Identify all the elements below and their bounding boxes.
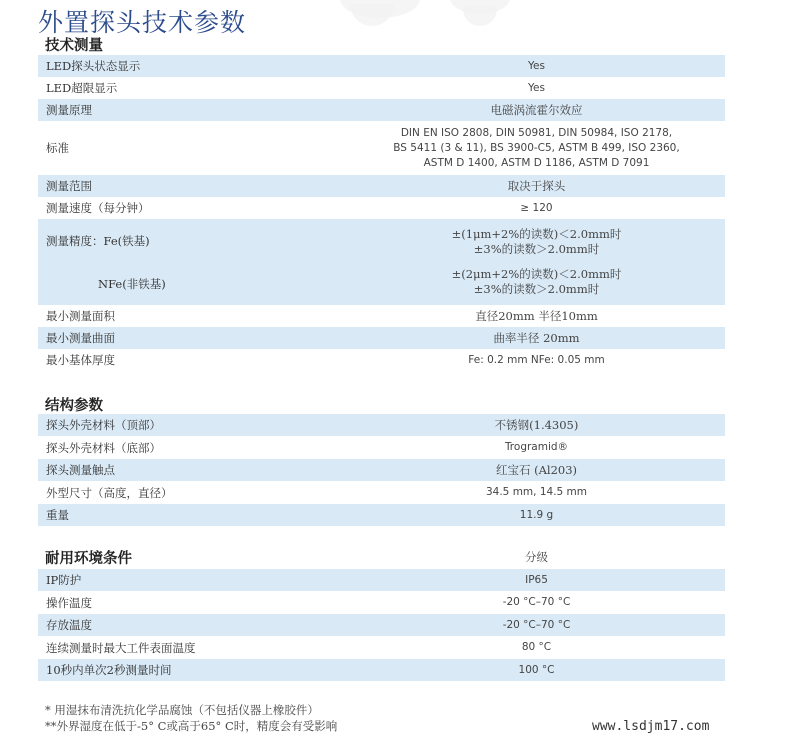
row-label: 测量范围 [38, 178, 368, 194]
row-value: 11.9 g [368, 508, 725, 523]
row-label: 外型尺寸（高度，直径） [38, 485, 368, 501]
row-label: 标准 [38, 140, 368, 156]
row-label: 最小基体厚度 [38, 352, 368, 368]
table-row: LED探头状态显示 Yes [38, 55, 725, 77]
section-title-tech: 技术测量 [45, 34, 103, 55]
env-header-row: 耐用环境条件 分级 [38, 545, 725, 569]
row-value: Yes [368, 81, 725, 96]
table-row: 标准 DIN EN ISO 2808, DIN 50981, DIN 50984… [38, 121, 725, 175]
row-value: DIN EN ISO 2808, DIN 50981, DIN 50984, I… [368, 126, 725, 171]
row-value: -20 °C–70 °C [368, 618, 725, 633]
table-row: 探头外壳材料（顶部） 不锈钢(1.4305) [38, 414, 725, 436]
table-row: IP防护 IP65 [38, 569, 725, 591]
row-label: 重量 [38, 507, 368, 523]
row-value: Trogramid® [368, 440, 725, 455]
row-value: 电磁涡流霍尔效应 [368, 103, 725, 118]
row-label: 测量速度（每分钟） [38, 200, 368, 216]
footnote: * 用湿抹布清洗抗化学品腐蚀（不包括仪器上橡胶件） [45, 702, 337, 718]
accuracy-nfe-label: NFe(非铁基) [46, 276, 368, 292]
row-value: 取决于探头 [368, 179, 725, 194]
footnote: **外界湿度在低于-5° C或高于65° C时，精度会有受影响 [45, 718, 337, 734]
accuracy-fe-line: ±(1μm+2%的读数)＜2.0mm时 [452, 227, 622, 242]
row-value: 红宝石 (Al203) [368, 463, 725, 478]
row-value: 100 °C [368, 663, 725, 678]
row-value: ±(1μm+2%的读数)＜2.0mm时 ±3%的读数＞2.0mm时 ±(2μm+… [368, 227, 725, 297]
row-value: 曲率半径 20mm [368, 331, 725, 346]
standards-line: ASTM D 1400, ASTM D 1186, ASTM D 7091 [424, 156, 650, 171]
table-row-accuracy: 测量精度：Fe(铁基) NFe(非铁基) ±(1μm+2%的读数)＜2.0mm时… [38, 219, 725, 305]
section-title-struct: 结构参数 [45, 394, 103, 415]
table-row: 最小基体厚度 Fe: 0.2 mm NFe: 0.05 mm [38, 349, 725, 371]
row-label: 最小测量曲面 [38, 330, 368, 346]
table-row: 存放温度 -20 °C–70 °C [38, 614, 725, 636]
row-value: Yes [368, 59, 725, 74]
standards-line: BS 5411 (3 & 11), BS 3900-C5, ASTM B 499… [393, 141, 679, 156]
row-value: -20 °C–70 °C [368, 595, 725, 610]
table-row: 测量速度（每分钟） ≥ 120 [38, 197, 725, 219]
table-row: 连续测量时最大工件表面温度 80 °C [38, 636, 725, 659]
row-label: 探头外壳材料（底部） [38, 440, 368, 456]
row-value: Fe: 0.2 mm NFe: 0.05 mm [368, 353, 725, 368]
row-label: 操作温度 [38, 595, 368, 611]
env-table: IP防护 IP65 操作温度 -20 °C–70 °C 存放温度 -20 °C–… [38, 569, 725, 681]
row-label: 测量精度：Fe(铁基) NFe(非铁基) [38, 219, 368, 305]
watermark: www.lsdjm17.com [592, 719, 709, 734]
row-label: 探头测量触点 [38, 462, 368, 478]
row-label: IP防护 [38, 572, 368, 588]
row-label: 10秒内单次2秒测量时间 [38, 662, 368, 678]
row-label: 连续测量时最大工件表面温度 [38, 640, 368, 656]
row-value: 80 °C [368, 640, 725, 655]
row-label: LED探头状态显示 [38, 58, 368, 74]
table-row: 操作温度 -20 °C–70 °C [38, 591, 725, 614]
accuracy-fe-label: 测量精度：Fe(铁基) [46, 233, 368, 249]
table-row: 探头测量触点 红宝石 (Al203) [38, 459, 725, 481]
table-row: 外型尺寸（高度，直径） 34.5 mm, 14.5 mm [38, 481, 725, 504]
table-row: 测量范围 取决于探头 [38, 175, 725, 197]
row-value: ≥ 120 [368, 201, 725, 216]
background-product-image [463, 6, 497, 26]
row-label: 探头外壳材料（顶部） [38, 417, 368, 433]
tech-table: LED探头状态显示 Yes LED超限显示 Yes 测量原理 电磁涡流霍尔效应 … [38, 55, 725, 371]
row-value: IP65 [368, 573, 725, 588]
row-label: 存放温度 [38, 617, 368, 633]
table-row: 10秒内单次2秒测量时间 100 °C [38, 659, 725, 681]
background-product-image [350, 4, 394, 26]
section-title-env: 耐用环境条件 [45, 551, 132, 567]
footnotes: * 用湿抹布清洗抗化学品腐蚀（不包括仪器上橡胶件） **外界湿度在低于-5° C… [45, 702, 337, 734]
row-label: 最小测量面积 [38, 308, 368, 324]
env-header: 耐用环境条件 分级 [38, 545, 725, 569]
table-row: 探头外壳材料（底部） Trogramid® [38, 436, 725, 459]
accuracy-nfe-line: ±(2μm+2%的读数)＜2.0mm时 [452, 267, 622, 282]
table-row: 最小测量面积 直径20mm 半径10mm [38, 305, 725, 327]
accuracy-nfe-line: ±3%的读数＞2.0mm时 [474, 282, 599, 297]
row-value: 不锈钢(1.4305) [368, 418, 725, 433]
grade-header: 分级 [368, 550, 725, 565]
table-row: 测量原理 电磁涡流霍尔效应 [38, 99, 725, 121]
row-value: 直径20mm 半径10mm [368, 309, 725, 324]
standards-line: DIN EN ISO 2808, DIN 50981, DIN 50984, I… [401, 126, 672, 141]
table-row: LED超限显示 Yes [38, 77, 725, 99]
row-label: 测量原理 [38, 102, 368, 118]
row-value: 34.5 mm, 14.5 mm [368, 485, 725, 500]
struct-table: 探头外壳材料（顶部） 不锈钢(1.4305) 探头外壳材料（底部） Trogra… [38, 414, 725, 526]
table-row: 最小测量曲面 曲率半径 20mm [38, 327, 725, 349]
accuracy-fe-line: ±3%的读数＞2.0mm时 [474, 242, 599, 257]
row-label: LED超限显示 [38, 80, 368, 96]
table-row: 重量 11.9 g [38, 504, 725, 526]
